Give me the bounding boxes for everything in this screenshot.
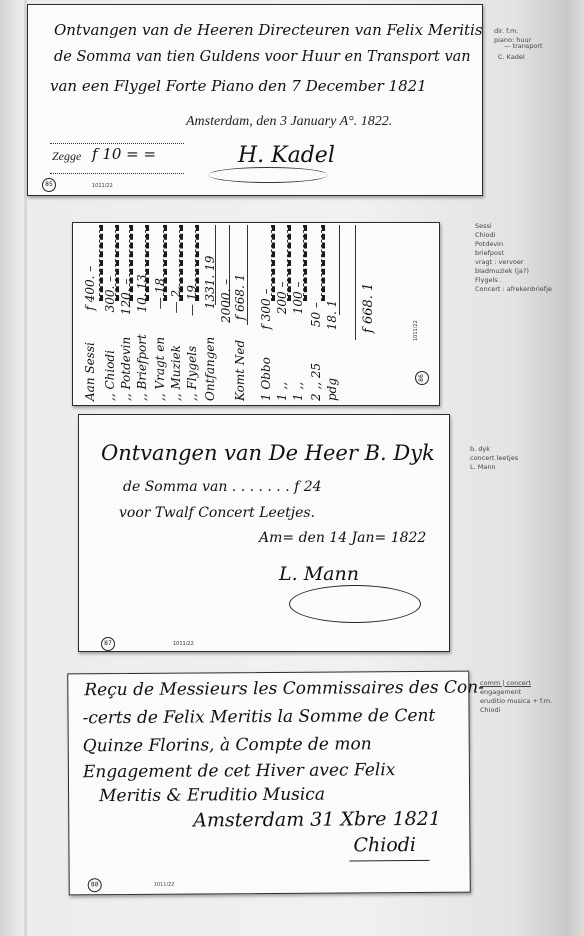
note-line: bladmuziek (ja?) xyxy=(475,267,552,276)
row-amount: f 668. 1 xyxy=(233,274,247,320)
breakdown-row: 1 ,, 200 – xyxy=(275,282,289,401)
receipt-card-86: Aan Sessi f 400. – ,, Chiodi 300. – ,, P… xyxy=(72,222,440,406)
breakdown-row: pdg 18. 1 xyxy=(325,300,339,401)
row-amount: 50 – xyxy=(309,302,323,327)
signature-flourish xyxy=(289,585,421,623)
subtotal-row: 2000. – xyxy=(219,279,233,323)
row-amount: 2000. – xyxy=(219,279,233,323)
ledger-total: f 668. 1 xyxy=(361,283,376,333)
row-label: ,, Muziek xyxy=(169,345,183,401)
ledger-row: ,, Muziek — 2. xyxy=(169,286,183,401)
receipt-line-3: van een Flygel Forte Piano den 7 Decembe… xyxy=(50,77,427,95)
row-label: 1 ,, xyxy=(275,382,289,401)
receipt-line-1: Ontvangen van de Heeren Directeuren van … xyxy=(54,21,483,39)
note-line: b. dyk xyxy=(470,445,518,454)
amount-rule-top xyxy=(50,143,184,144)
row-amount: — 19 xyxy=(185,285,199,316)
note-line: Flygels . xyxy=(475,276,552,285)
row-label: 2 ,, 25 xyxy=(309,363,323,401)
row-amount: 1331. 19 xyxy=(203,256,217,309)
row-label: ,, Vragt en xyxy=(153,337,167,401)
row-amount: 18. 1 xyxy=(325,300,339,331)
total-amount: f 668. 1 xyxy=(361,283,376,333)
receipt-line-2: de Somma van tien Guldens voor Huur en T… xyxy=(54,49,471,65)
archive-page: Ontvangen van de Heeren Directeuren van … xyxy=(0,0,584,936)
amount-label: Zegge xyxy=(52,149,81,164)
note-line: eruditio musica + f.m. xyxy=(480,697,552,706)
receipt-line-2: de Somma van . . . . . . . f 24 xyxy=(123,479,322,495)
ledger-row: Aan Sessi f 400. – xyxy=(83,266,97,401)
row-amount: 200 – xyxy=(275,282,289,315)
ledger-rule xyxy=(339,225,340,315)
archive-number: 1011/22 xyxy=(154,882,175,888)
ledger-rule xyxy=(321,225,325,301)
row-amount: 100 – xyxy=(291,282,305,315)
amount-rule-bottom xyxy=(50,173,184,174)
note-line: Potdevin xyxy=(475,240,552,249)
amount-value: f 10 = = xyxy=(92,145,156,163)
row-label: Komt Ned xyxy=(233,340,247,401)
note-line: C. Kadel xyxy=(494,53,543,62)
margin-note-86: Sessi Chiodi Potdevin briefpost vragt : … xyxy=(475,222,552,294)
row-amount: — 18 xyxy=(153,278,167,309)
subtotal-row: Ontfangen 1331. 19 xyxy=(203,256,217,401)
ledger-rule xyxy=(355,225,356,340)
archive-number: 1011/22 xyxy=(92,183,113,189)
row-amount: f 300 – xyxy=(259,288,273,329)
note-line: concert leetjes xyxy=(470,454,518,463)
breakdown-row: 2 ,, 25 50 – xyxy=(309,302,323,401)
breakdown-row: 1 ,, 100 – xyxy=(291,282,305,401)
ledger-row: ,, Potdevin 120. – xyxy=(119,279,133,401)
note-line: engagement xyxy=(480,688,552,697)
receipt-card-88: Reçu de Messieurs les Commissaires des C… xyxy=(67,671,471,896)
receipt-card-85: Ontvangen van de Heeren Directeuren van … xyxy=(27,4,483,196)
stamp-87: 87 xyxy=(101,637,115,651)
note-line: Sessi xyxy=(475,222,552,231)
signature: L. Mann xyxy=(279,563,359,585)
archive-number: 1011/22 xyxy=(413,320,419,341)
row-amount: f 400. – xyxy=(83,266,97,311)
row-label: Ontfangen xyxy=(203,337,217,401)
note-line: comm | concert xyxy=(480,679,552,688)
receipt-line-1: Reçu de Messieurs les Commissaires des C… xyxy=(84,677,484,700)
row-label: ,, Chiodi xyxy=(103,350,117,401)
receipt-line-3: Quinze Florins, à Compte de mon xyxy=(83,734,372,756)
archive-number: 1011/22 xyxy=(173,641,194,647)
receipt-line-5: Meritis & Eruditio Musica xyxy=(99,785,325,807)
row-label: ,, Potdevin xyxy=(119,337,133,401)
receipt-line-3: voor Twalf Concert Leetjes. xyxy=(119,505,315,521)
margin-note-85: dir. f.m. piano: huur — transport C. Kad… xyxy=(494,27,543,62)
stamp-86: 86 xyxy=(415,371,429,385)
row-amount: 120. – xyxy=(119,279,133,316)
row-label: pdg xyxy=(325,378,339,401)
signature-flourish xyxy=(349,852,429,862)
row-amount: 10. 13 xyxy=(135,274,149,312)
margin-note-88: comm | concert engagement eruditio music… xyxy=(480,679,552,715)
signature: H. Kadel xyxy=(238,143,335,168)
note-line: Chiodi xyxy=(480,706,552,715)
row-label: ,, Flygels xyxy=(185,346,199,401)
row-label: 1 Obbo xyxy=(259,357,273,401)
subtotal-row: Komt Ned f 668. 1 xyxy=(233,274,247,401)
place-date: Amsterdam, den 3 January A°. 1822. xyxy=(186,114,392,130)
note-line: vragt : vervoer xyxy=(475,258,552,267)
ledger-rule xyxy=(247,225,248,325)
signature-flourish xyxy=(208,167,328,183)
receipt-line-2: -certs de Felix Meritis la Somme de Cent xyxy=(82,706,435,728)
row-amount: 300. – xyxy=(103,276,117,313)
stamp-85: 85 xyxy=(42,178,56,192)
receipt-line-4: Engagement de cet Hiver avec Felix xyxy=(83,760,396,782)
ledger-row: ,, Flygels — 19 xyxy=(185,285,199,401)
note-line: dir. f.m. xyxy=(494,27,543,36)
note-line: L. Mann xyxy=(470,463,518,472)
ledger-row: ,, Vragt en — 18 xyxy=(153,278,167,401)
row-amount: — 2. xyxy=(169,286,183,313)
ledger-row: ,, Chiodi 300. – xyxy=(103,276,117,401)
place-date: Am= den 14 Jan= 1822 xyxy=(259,530,426,546)
stamp-88: 88 xyxy=(88,878,102,892)
row-label: 1 ,, xyxy=(291,382,305,401)
note-line: briefpost xyxy=(475,249,552,258)
breakdown-row: 1 Obbo f 300 – xyxy=(259,288,273,401)
margin-note-87: b. dyk concert leetjes L. Mann xyxy=(470,445,518,472)
row-label: Aan Sessi xyxy=(83,342,97,401)
receipt-line-1: Ontvangen van De Heer B. Dyk xyxy=(101,441,435,465)
note-line: Concert : afrekenbriefje xyxy=(475,285,552,294)
ledger-row: ,, Briefport 10. 13 xyxy=(135,274,149,401)
receipt-card-87: Ontvangen van De Heer B. Dyk de Somma va… xyxy=(78,414,450,652)
note-line: Chiodi xyxy=(475,231,552,240)
place-date: Amsterdam 31 Xbre 1821 xyxy=(193,808,441,832)
row-label: ,, Briefport xyxy=(135,334,149,401)
